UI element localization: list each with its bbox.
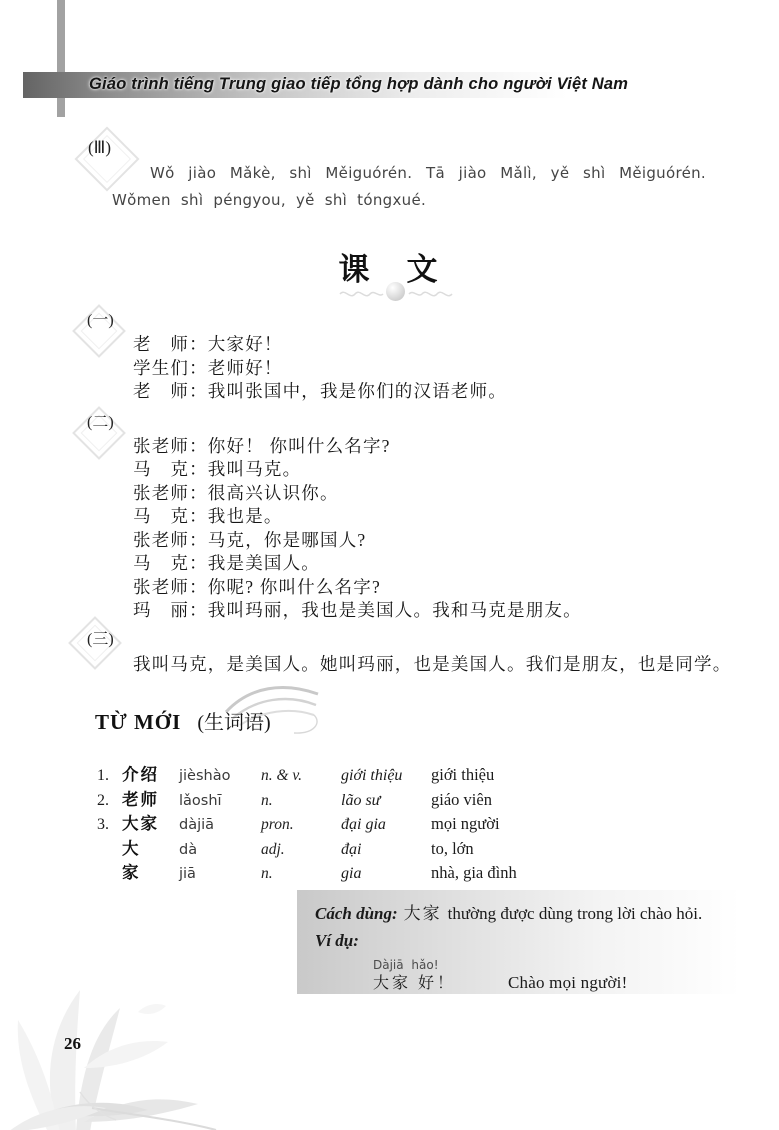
- vocab-pinyin: dàjiā: [179, 813, 261, 838]
- vocab-row: 大 dà adj. đại to, lớn: [97, 837, 697, 862]
- section-marker-iii: (Ⅲ): [88, 138, 111, 158]
- vocab-sino-vietnamese: đại: [341, 838, 431, 863]
- vocab-table: 1. 介绍 jièshào n. & v. giới thiệu giới th…: [97, 763, 697, 886]
- page-header-bar: Giáo trình tiếng Trung giao tiếp tổng hợ…: [23, 72, 779, 98]
- section-marker-1: (一): [0, 308, 779, 333]
- vocab-part-of-speech: adj.: [261, 838, 341, 863]
- vocab-hanzi: 大: [122, 837, 179, 862]
- vocab-meaning: nhà, gia đình: [431, 861, 697, 886]
- vocab-part-of-speech: pron.: [261, 813, 341, 838]
- vocab-row: 家 jiā n. gia nhà, gia đình: [97, 861, 697, 886]
- vocab-number: 1.: [97, 764, 122, 789]
- vocab-number: 2.: [97, 789, 122, 814]
- dialogue-line: 张老师：你呢? 你叫什么名字?: [0, 576, 779, 600]
- vocab-heading: TỪ MỚI (生词语): [95, 706, 271, 735]
- vocab-meaning: to, lớn: [431, 837, 697, 862]
- example-hanzi: 大家 好！: [373, 975, 456, 992]
- vocab-sino-vietnamese: giới thiệu: [341, 764, 431, 789]
- dialogue-line: 玛 丽：我叫玛丽，我也是美国人。我和马克是朋友。: [0, 599, 779, 623]
- vocab-sino-vietnamese: gia: [341, 862, 431, 887]
- ball-ornament-icon: [386, 282, 405, 301]
- vocab-hanzi: 家: [122, 861, 179, 886]
- example-translation: Chào mọi người!: [508, 973, 627, 992]
- section-marker-3: (三): [0, 627, 779, 652]
- vocab-sino-vietnamese: đại gia: [341, 813, 431, 838]
- vocab-hanzi: 介绍: [122, 763, 179, 788]
- vocab-meaning: giới thiệu: [431, 763, 697, 788]
- dialogue-paragraph: 我叫马克，是美国人。她叫玛丽，也是美国人。我们是朋友，也是同学。: [0, 652, 779, 676]
- dialogue-line: 张老师：你好！ 你叫什么名字?: [0, 435, 779, 459]
- vocab-row: 2. 老师 lǎoshī n. lão sư giáo viên: [97, 788, 697, 813]
- squiggle-ornament-icon: [338, 288, 384, 300]
- dialogue-line: 学生们：老师好！: [0, 357, 779, 381]
- pinyin-paragraph: Wǒ jiào Mǎkè, shì Měiguórén. Tā jiào Mǎl…: [112, 160, 706, 214]
- vocab-row: 3. 大家 dàjiā pron. đại gia mọi người: [97, 812, 697, 837]
- usage-note-box: Cách dùng:大家thường được dùng trong lời c…: [297, 890, 779, 994]
- dialogue-line: 老 师：大家好！: [0, 333, 779, 357]
- example-line: 大家 好！Chào mọi người!: [315, 972, 779, 995]
- vocab-pinyin: dà: [179, 838, 261, 863]
- top-vertical-bar: [57, 0, 65, 117]
- vocab-row: 1. 介绍 jièshào n. & v. giới thiệu giới th…: [97, 763, 697, 788]
- vocab-pinyin: lǎoshī: [179, 789, 261, 814]
- usage-note-line: Cách dùng:大家thường được dùng trong lời c…: [315, 901, 779, 927]
- usage-text: thường được dùng trong lời chào hỏi.: [448, 904, 703, 923]
- vocab-part-of-speech: n. & v.: [261, 764, 341, 789]
- vocab-heading-chinese: (生词语): [197, 712, 270, 734]
- book-title: Giáo trình tiếng Trung giao tiếp tổng hợ…: [89, 75, 628, 94]
- dialogue-line: 马 克：我叫马克。: [0, 458, 779, 482]
- vocab-hanzi: 老师: [122, 788, 179, 813]
- page-number: 26: [64, 1034, 81, 1054]
- vocab-meaning: mọi người: [431, 812, 697, 837]
- flower-watermark-icon: [0, 972, 256, 1130]
- usage-term-hanzi: 大家: [404, 904, 442, 923]
- vocab-heading-vietnamese: TỪ MỚI: [95, 710, 181, 734]
- squiggle-ornament-icon: [408, 288, 454, 300]
- dialogue-line: 张老师：很高兴认识你。: [0, 482, 779, 506]
- example-pinyin: Dàjiā hǎo!: [315, 958, 779, 972]
- vocab-number: 3.: [97, 813, 122, 838]
- usage-label: Cách dùng:: [315, 904, 398, 923]
- vocab-hanzi: 大家: [122, 812, 179, 837]
- vocab-part-of-speech: n.: [261, 862, 341, 887]
- section-marker-2: (二): [0, 410, 779, 435]
- dialogue-line: 老 师：我叫张国中，我是你们的汉语老师。: [0, 380, 779, 404]
- dialogue-line: 马 克：我也是。: [0, 505, 779, 529]
- vocab-pinyin: jièshào: [179, 764, 261, 789]
- example-label: Ví dụ:: [315, 929, 779, 953]
- lesson-text: (一) 老 师：大家好！ 学生们：老师好！ 老 师：我叫张国中，我是你们的汉语老…: [0, 308, 779, 676]
- dialogue-line: 张老师：马克，你是哪国人?: [0, 529, 779, 553]
- vocab-pinyin: jiā: [179, 862, 261, 887]
- vocab-part-of-speech: n.: [261, 789, 341, 814]
- vocab-sino-vietnamese: lão sư: [341, 789, 431, 814]
- lesson-title: 课 文: [0, 244, 779, 289]
- vocab-meaning: giáo viên: [431, 788, 697, 813]
- dialogue-line: 马 克：我是美国人。: [0, 552, 779, 576]
